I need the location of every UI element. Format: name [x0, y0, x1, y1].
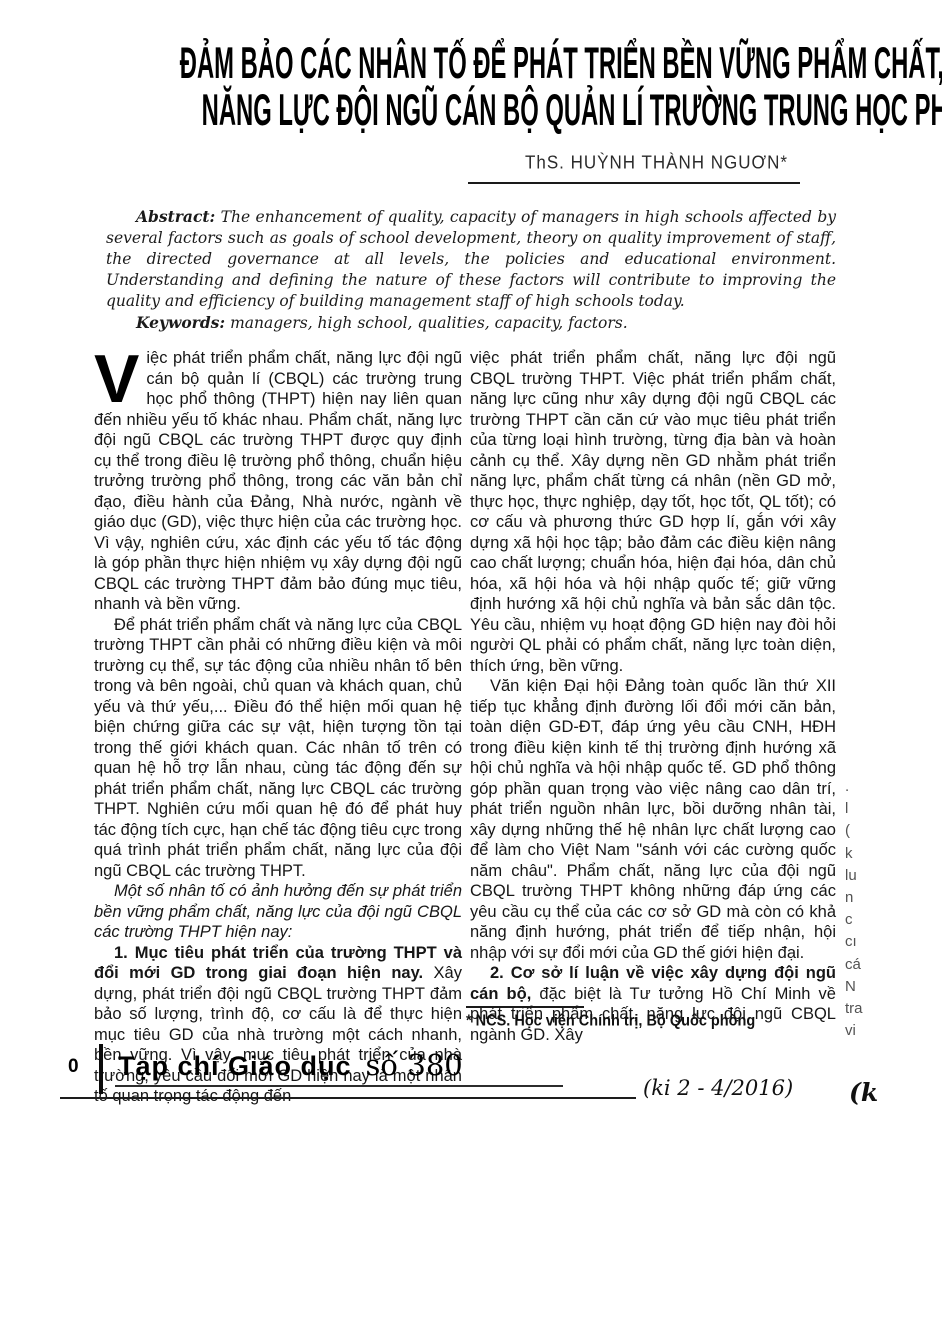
left-paragraph-2: Để phát triển phẩm chất và năng lực của … [94, 615, 462, 882]
dropcap-v: V [94, 351, 139, 407]
keywords-text: managers, high school, qualities, capaci… [225, 314, 628, 332]
bleed-glyph: l [845, 800, 875, 822]
abstract-paragraph: Abstract: The enhancement of quality, ca… [106, 206, 836, 312]
abstract-text: The enhancement of quality, capacity of … [106, 208, 836, 310]
left-paragraph-1: Việc phát triển phẩm chất, năng lực đội … [94, 348, 462, 615]
keywords-label: Keywords: [136, 313, 225, 332]
article-title: ĐẢM BẢO CÁC NHÂN TỐ ĐỂ PHÁT TRIỂN BỀN VỮ… [0, 40, 942, 134]
footnote-text: * NCS. Học viện Chính trị, Bộ Quốc phòng [466, 1013, 836, 1030]
issue-info: (ki 2 - 4/2016) [643, 1076, 793, 1100]
bleed-glyph: lu [845, 867, 875, 889]
edge-fragment-text: (k [849, 1078, 878, 1107]
footer-vertical-bar [99, 1044, 103, 1094]
bleed-glyph: vi [845, 1022, 875, 1044]
right-paragraph-1: việc phát triển phẩm chất, năng lực đội … [470, 348, 836, 676]
left-paragraph-3-italic: Một số nhân tố có ảnh hưởng đến sự phát … [94, 881, 462, 943]
keywords-line: Keywords: managers, high school, qualiti… [106, 312, 836, 334]
abstract-label: Abstract: [136, 207, 215, 226]
journal-issue: số 380 [366, 1048, 463, 1082]
article-title-line2: NĂNG LỰC ĐỘI NGŨ CÁN BỘ QUẢN LÍ TRƯỜNG T… [0, 87, 942, 134]
adjacent-page-bleed: . l ( k lu n c cı cá N tra vi [845, 778, 875, 1044]
issue-info-rule [60, 1097, 636, 1099]
bleed-glyph: cı [845, 933, 875, 955]
abstract-block: Abstract: The enhancement of quality, ca… [106, 206, 836, 334]
bleed-glyph: n [845, 889, 875, 911]
journal-name: Tạp chí Giáo dục [118, 1051, 352, 1081]
page-number: 0 [68, 1056, 79, 1078]
bleed-glyph: k [845, 845, 875, 867]
body-column-left: Việc phát triển phẩm chất, năng lực đội … [94, 348, 462, 1107]
bleed-glyph: cá [845, 956, 875, 978]
body-column-right: việc phát triển phẩm chất, năng lực đội … [470, 348, 836, 1045]
author-underline [468, 182, 800, 184]
footnote-block: * NCS. Học viện Chính trị, Bộ Quốc phòng [466, 1006, 836, 1029]
journal-underline [115, 1085, 563, 1087]
bleed-glyph: tra [845, 1000, 875, 1022]
right-paragraph-2: Văn kiện Đại hội Đảng toàn quốc lần thứ … [470, 676, 836, 963]
author-name: ThS. HUỲNH THÀNH NGUƠN* [525, 152, 788, 174]
journal-title-block: Tạp chí Giáo dụcsố 380 [118, 1048, 463, 1082]
bleed-glyph: ( [845, 822, 875, 844]
footnote-separator [466, 1006, 584, 1008]
bleed-glyph: N [845, 978, 875, 1000]
right-paragraph-3: 2. Cơ sở lí luận về việc xây dựng đội ng… [470, 963, 836, 1045]
journal-page: ĐẢM BẢO CÁC NHÂN TỐ ĐỂ PHÁT TRIỂN BỀN VỮ… [0, 0, 942, 1333]
bleed-glyph: . [845, 778, 875, 800]
section-1-heading: 1. Mục tiêu phát triển của trường THPT v… [94, 944, 462, 983]
bleed-glyph: c [845, 911, 875, 933]
